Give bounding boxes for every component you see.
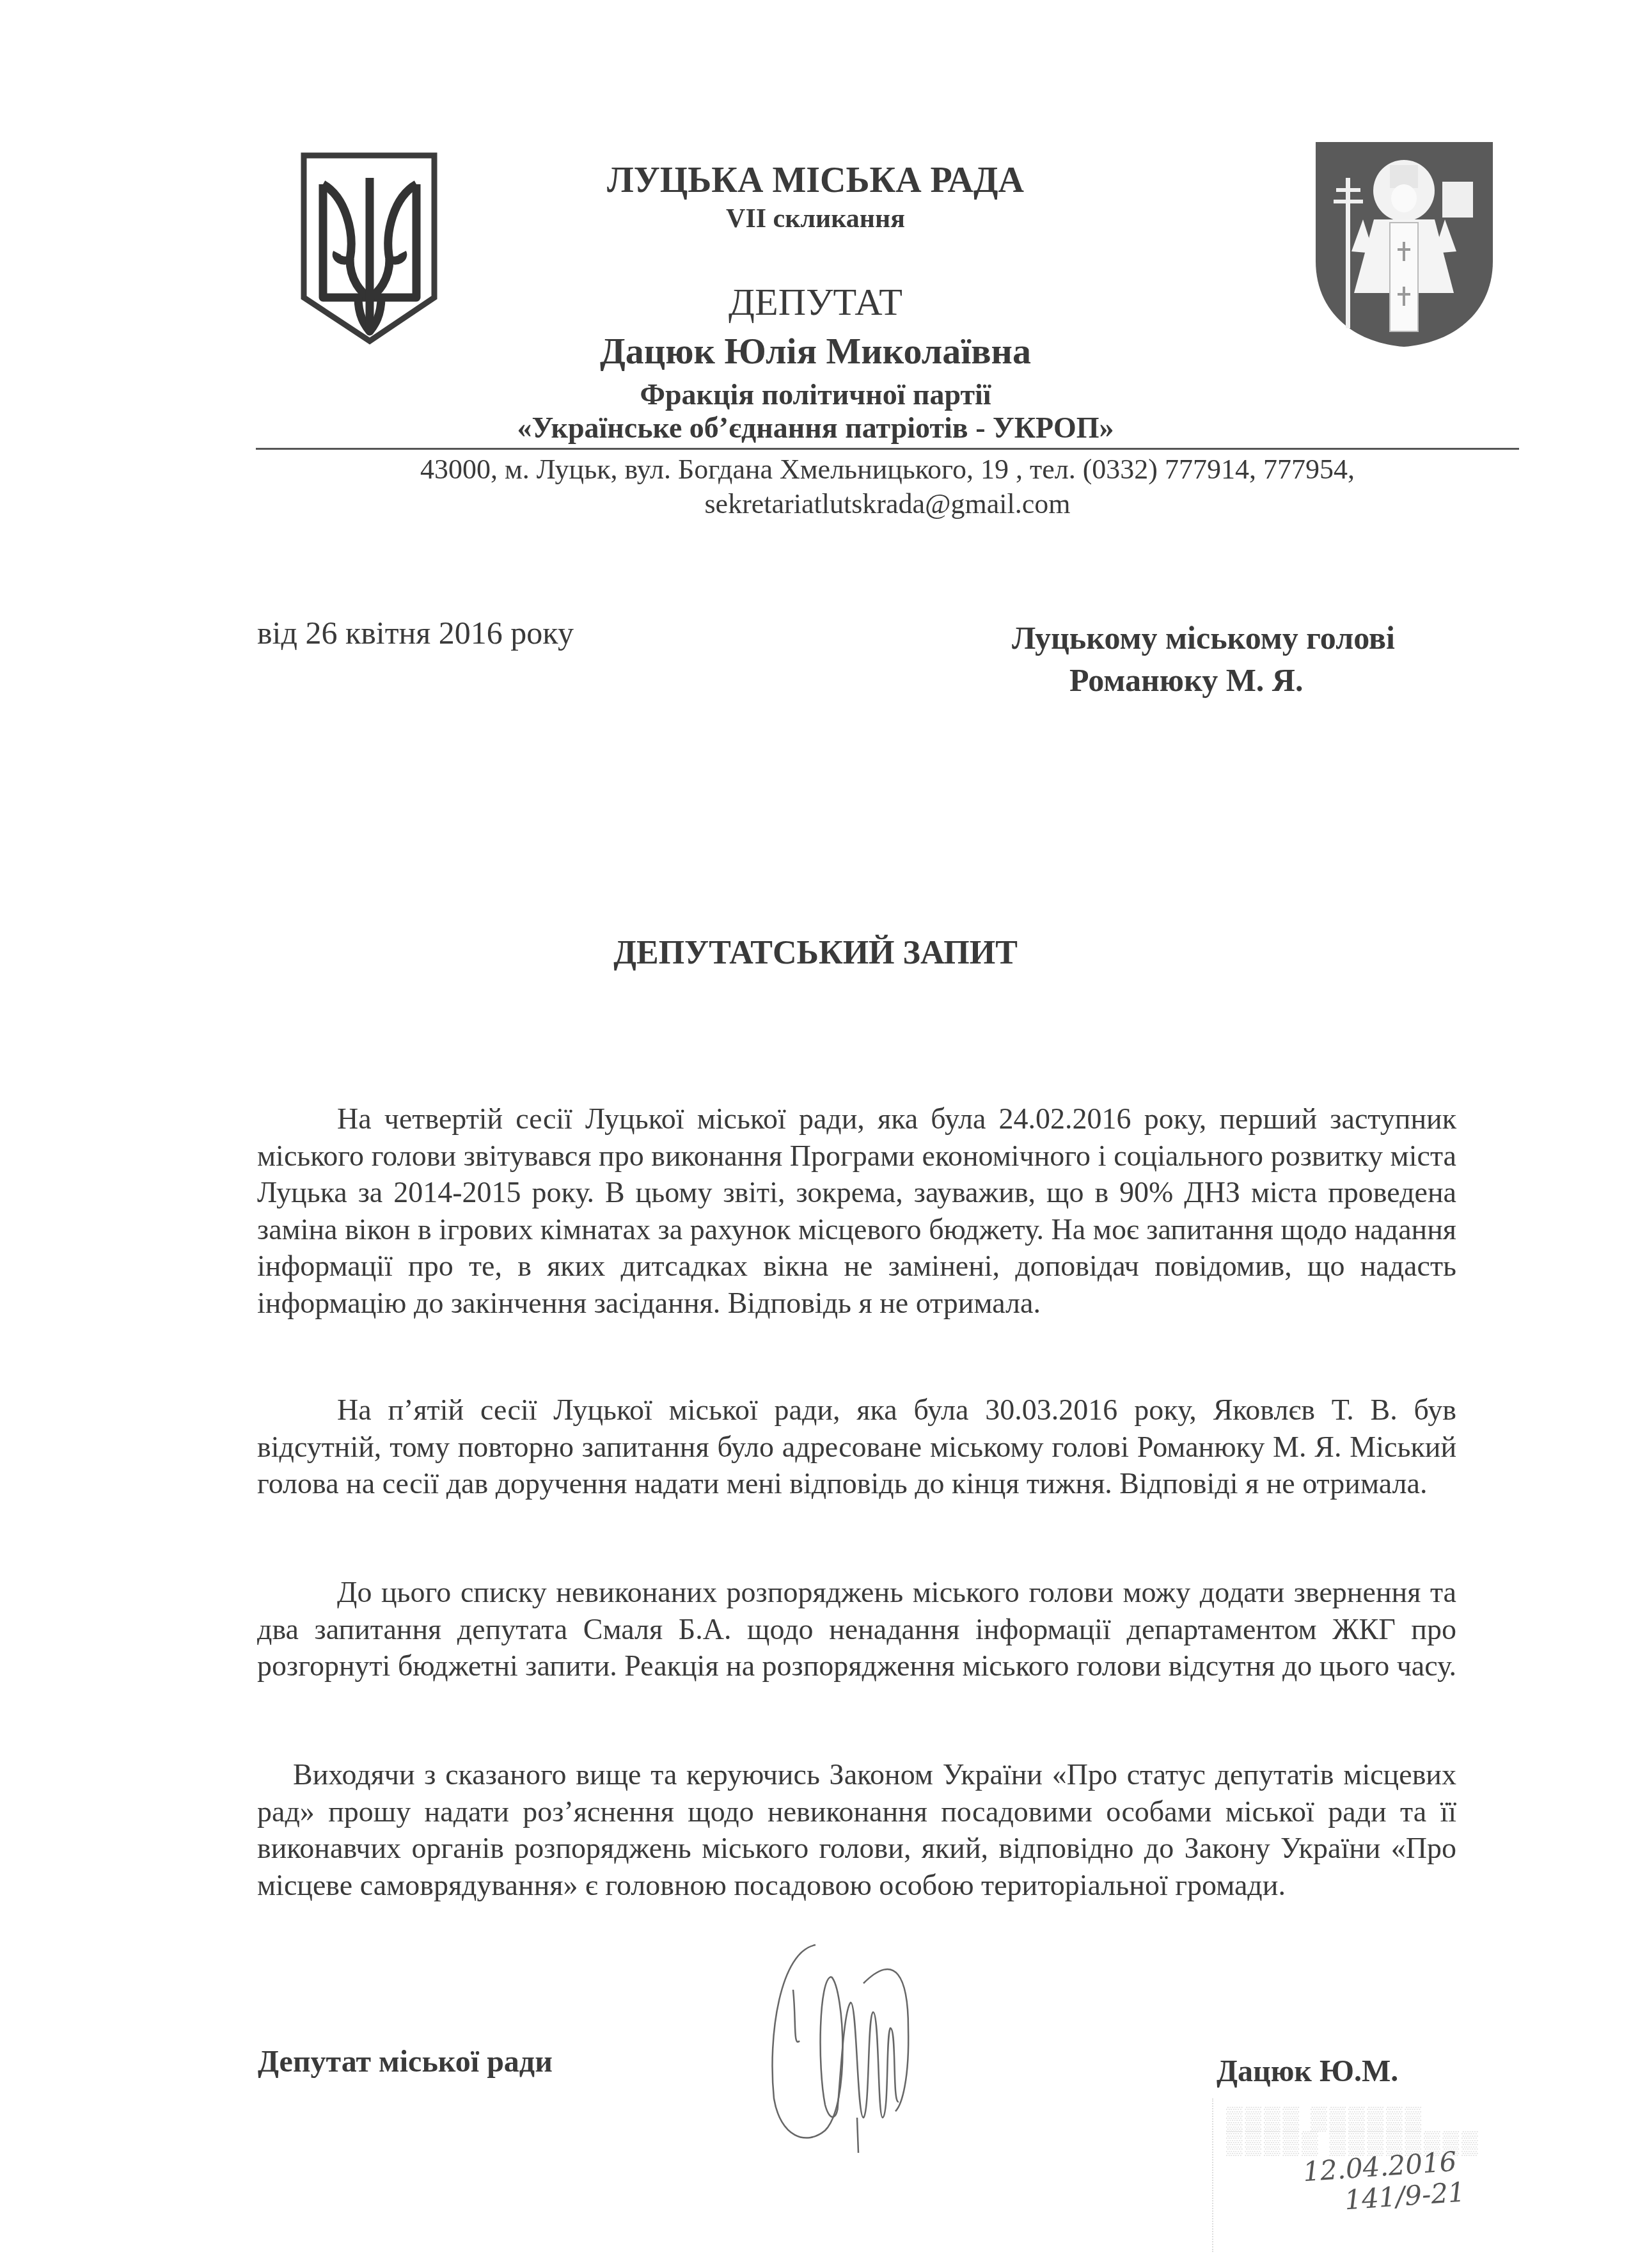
header-divider	[256, 448, 1519, 450]
signatory-name: Дацюк Ю.М.	[1217, 2054, 1398, 2089]
signatory-role: Депутат міської ради	[258, 2044, 553, 2079]
body-paragraph: На четвертій сесії Луцької міської ради,…	[257, 1100, 1456, 1321]
registration-stamp: ▒▒▒▒ ▒▒▒▒▒▒ ▒▒▒▒▒ ▒▒▒▒▒▒▒▒ 12.04.2016 14…	[1212, 2098, 1546, 2252]
body-paragraph: До цього списку невиконаних розпоряджень…	[257, 1574, 1456, 1685]
stamp-faint-text: ▒▒▒▒ ▒▒▒▒▒▒	[1226, 2105, 1424, 2132]
body-paragraph: Виходячи з сказаного вище та керуючись З…	[257, 1756, 1456, 1903]
deputy-label: ДЕПУТАТ	[256, 280, 1375, 324]
document-title: ДЕПУТАТСЬКИЙ ЗАПИТ	[0, 934, 1631, 972]
handwritten-signature-icon	[755, 1939, 927, 2156]
addressee-line2: Романюку М. Я.	[1069, 662, 1303, 699]
deputy-name: Дацюк Юлія Миколаївна	[256, 329, 1375, 372]
addressee-line1: Луцькому міському голові	[1012, 619, 1395, 656]
faction-line2: «Українське об’єднання патріотів - УКРОП…	[256, 411, 1375, 445]
address-line: 43000, м. Луцьк, вул. Богдана Хмельницьк…	[256, 453, 1519, 486]
faction-line1: Фракція політичної партії	[256, 377, 1375, 411]
council-title: ЛУЦЬКА МІСЬКА РАДА	[256, 160, 1375, 201]
convocation: VII скликання	[256, 203, 1375, 234]
letter-date: від 26 квітня 2016 року	[257, 614, 574, 651]
body-paragraph: На п’ятій сесії Луцької міської ради, як…	[257, 1392, 1456, 1502]
email-line: sekretariatlutskrada@gmail.com	[256, 488, 1519, 520]
